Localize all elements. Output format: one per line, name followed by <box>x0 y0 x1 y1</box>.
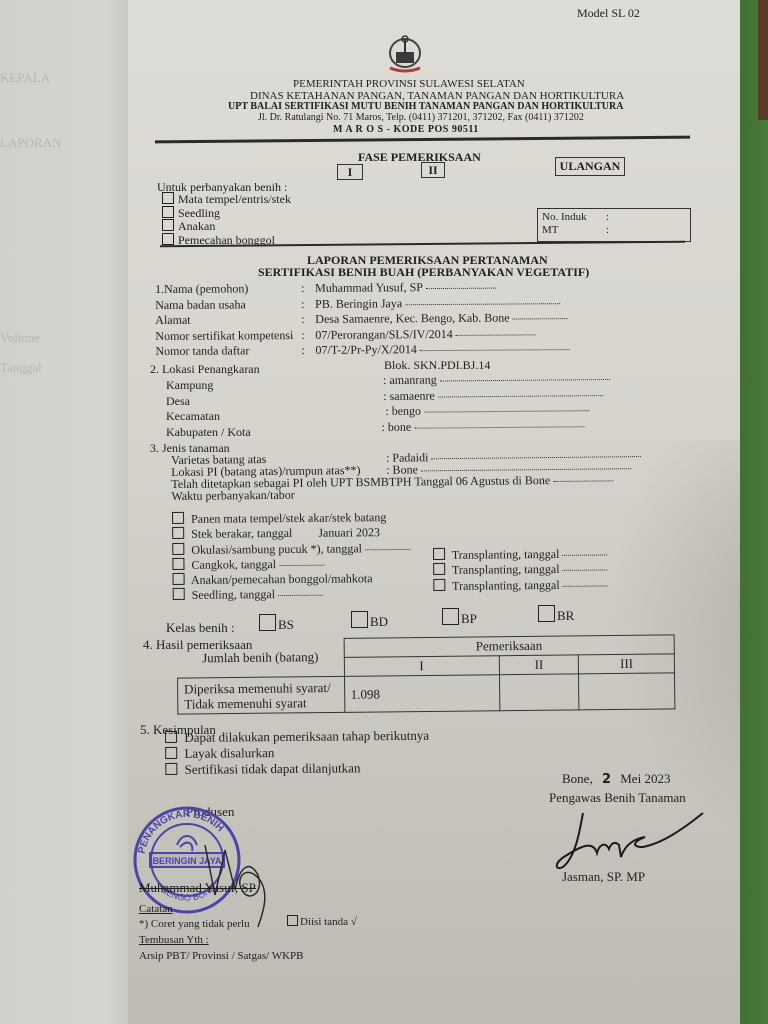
inspection-value-1[interactable]: 1.098 <box>344 675 500 713</box>
checkbox[interactable] <box>165 747 177 759</box>
plant-type-details: Varietas batang atas: Padaidi Lokasi PI … <box>171 449 642 502</box>
business-name: PB. Beringin Jaya <box>315 296 402 311</box>
phase-option-2[interactable]: II <box>421 162 445 178</box>
checkbox[interactable] <box>165 731 177 743</box>
adjacent-page-left: KEPALA LAPORAN Volume Tanggal <box>0 0 150 1024</box>
header-line4: Jl. Dr. Ratulangi No. 71 Maros, Telp. (0… <box>258 112 584 123</box>
checkbox[interactable] <box>433 578 445 590</box>
checkbox[interactable] <box>538 605 555 622</box>
checkbox[interactable] <box>162 233 174 245</box>
row-label: Diperiksa memenuhi syarat/Tidak memenuhi… <box>178 676 345 714</box>
kampung-value: amanrang <box>389 373 436 387</box>
strike-note: *) Coret yang tidak perlu <box>139 918 250 930</box>
ghost-text: KEPALA <box>0 70 50 86</box>
checkbox[interactable] <box>162 219 174 231</box>
kabupaten-value: bone <box>388 419 411 433</box>
inspection-col-1: I <box>344 656 499 677</box>
inspection-col-2: II <box>499 655 579 675</box>
transplanting-option[interactable]: Transplanting, tanggal <box>433 577 607 594</box>
ghost-text: Tanggal <box>0 360 42 376</box>
report-title-line2: SERTIFIKASI BENIH BUAH (PERBANYAKAN VEGE… <box>258 265 589 280</box>
seed-count-header: Jumlah benih (batang) <box>177 638 344 678</box>
propagation-option[interactable]: Mata tempel/entris/stek <box>162 192 291 206</box>
checkbox[interactable] <box>162 206 174 218</box>
mt-label: MT <box>542 224 559 236</box>
phase-option-1[interactable]: I <box>337 164 363 180</box>
checkbox[interactable] <box>442 608 459 625</box>
section-applicant: 1.Nama (pemohon):Muhammad Yusuf, SP Nama… <box>155 279 570 359</box>
inspector-signature-icon <box>553 805 713 875</box>
checkbox[interactable] <box>172 558 184 570</box>
seed-class-bd[interactable]: BD <box>351 611 388 630</box>
location-block: Blok. SKN.PDI.BJ.14 <box>384 358 490 373</box>
propagation-option[interactable]: Seedling <box>162 206 291 220</box>
checkbox[interactable] <box>172 542 184 554</box>
timing-options-right: Transplanting, tanggal Transplanting, ta… <box>433 546 608 593</box>
checkbox[interactable] <box>172 527 184 539</box>
phase-title: FASE PEMERIKSAAN <box>358 150 481 165</box>
timing-option[interactable]: Stek berakar, tanggalJanuari 2023 <box>172 525 410 542</box>
applicant-name: Muhammad Yusuf, SP <box>315 280 423 295</box>
conclusion-option[interactable]: Sertifikasi tidak dapat dilanjutkan <box>165 760 429 778</box>
checkbox[interactable] <box>433 548 445 560</box>
location-field-values: : amanrang : samaenre : bengo : bone <box>383 371 610 435</box>
address: Desa Samaenre, Kec. Bengo, Kab. Bone <box>315 311 509 326</box>
checkbox[interactable] <box>433 563 445 575</box>
checkbox[interactable] <box>172 512 184 524</box>
header-line5: M A R O S - KODE POS 90511 <box>333 124 479 135</box>
transplanting-option[interactable]: Transplanting, tanggal <box>433 546 607 563</box>
location-label: 2. Lokasi Penangkaran <box>150 362 260 377</box>
inspection-col-3: III <box>579 654 675 674</box>
inspector-title: Pengawas Benih Tanaman <box>549 790 686 806</box>
provincial-emblem-icon <box>384 34 426 74</box>
propagation-option[interactable]: Anakan <box>162 219 291 233</box>
place-date: Bone, 2 Mei 2023 <box>562 771 670 787</box>
conclusion-options: Dapat dilakukan pemeriksaan tahap beriku… <box>165 728 429 778</box>
producer-name: Muhammad Yusuf, SP <box>139 880 256 896</box>
check-note: Diisi tanda √ <box>287 915 357 928</box>
cc-label: Tembusan Yth : <box>139 934 209 946</box>
propagation-options: Mata tempel/entris/stek Seedling Anakan … <box>162 192 291 246</box>
ghost-text: Volume <box>0 330 40 346</box>
cc-list: Arsip PBT/ Provinsi / Satgas/ WKPB <box>139 950 304 962</box>
model-code: Model SL 02 <box>577 6 640 21</box>
competence-cert: 07/Perorangan/SLS/IV/2014 <box>315 326 452 341</box>
handwritten-day: 2 <box>602 772 611 787</box>
transplanting-option[interactable]: Transplanting, tanggal <box>433 562 607 579</box>
phase-repeat[interactable]: ULANGAN <box>555 157 625 176</box>
seed-class-bs[interactable]: BS <box>259 614 294 633</box>
registry-box: No. Induk: MT: <box>537 208 691 242</box>
checkbox[interactable] <box>165 763 177 775</box>
header-line1: PEMERINTAH PROVINSI SULAWESI SELATAN <box>293 78 525 90</box>
rooted-cutting-date: Januari 2023 <box>318 525 380 540</box>
kecamatan-value: bengo <box>392 404 421 418</box>
seed-class-bp[interactable]: BP <box>442 608 477 627</box>
checkbox[interactable] <box>173 573 185 585</box>
checkbox[interactable] <box>162 192 174 204</box>
conclusion-option[interactable]: Dapat dilakukan pemeriksaan tahap beriku… <box>165 728 429 746</box>
checkbox <box>287 915 298 926</box>
registration-number: 07/T-2/Pr-Py/X/2014 <box>315 342 416 357</box>
checkbox[interactable] <box>173 588 185 600</box>
seed-class-br[interactable]: BR <box>538 605 574 624</box>
inspection-value-3[interactable] <box>579 673 675 710</box>
notes-label: Catatan <box>139 903 173 915</box>
checkbox[interactable] <box>351 611 368 628</box>
no-induk-label: No. Induk <box>542 211 587 223</box>
inspector-name: Jasman, SP. MP <box>562 869 645 885</box>
ghost-text: LAPORAN <box>0 135 61 151</box>
results-table: Jumlah benih (batang) Pemeriksaan I II I… <box>177 634 676 714</box>
header-line3: UPT BALAI SERTIFIKASI MUTU BENIH TANAMAN… <box>228 101 623 112</box>
checkbox[interactable] <box>259 614 276 631</box>
inspection-value-2[interactable] <box>499 674 579 711</box>
location-field-labels: Kampung Desa Kecamatan Kabupaten / Kota <box>166 378 251 440</box>
seed-class-label: Kelas benih : <box>166 620 235 636</box>
timing-options-left: Panen mata tempel/stek akar/stek batang … <box>172 510 410 604</box>
desa-value: samaenre <box>389 388 434 402</box>
timing-option[interactable]: Okulasi/sambung pucuk *), tanggal <box>172 541 410 558</box>
timing-option[interactable]: Seedling, tanggal <box>173 586 411 603</box>
